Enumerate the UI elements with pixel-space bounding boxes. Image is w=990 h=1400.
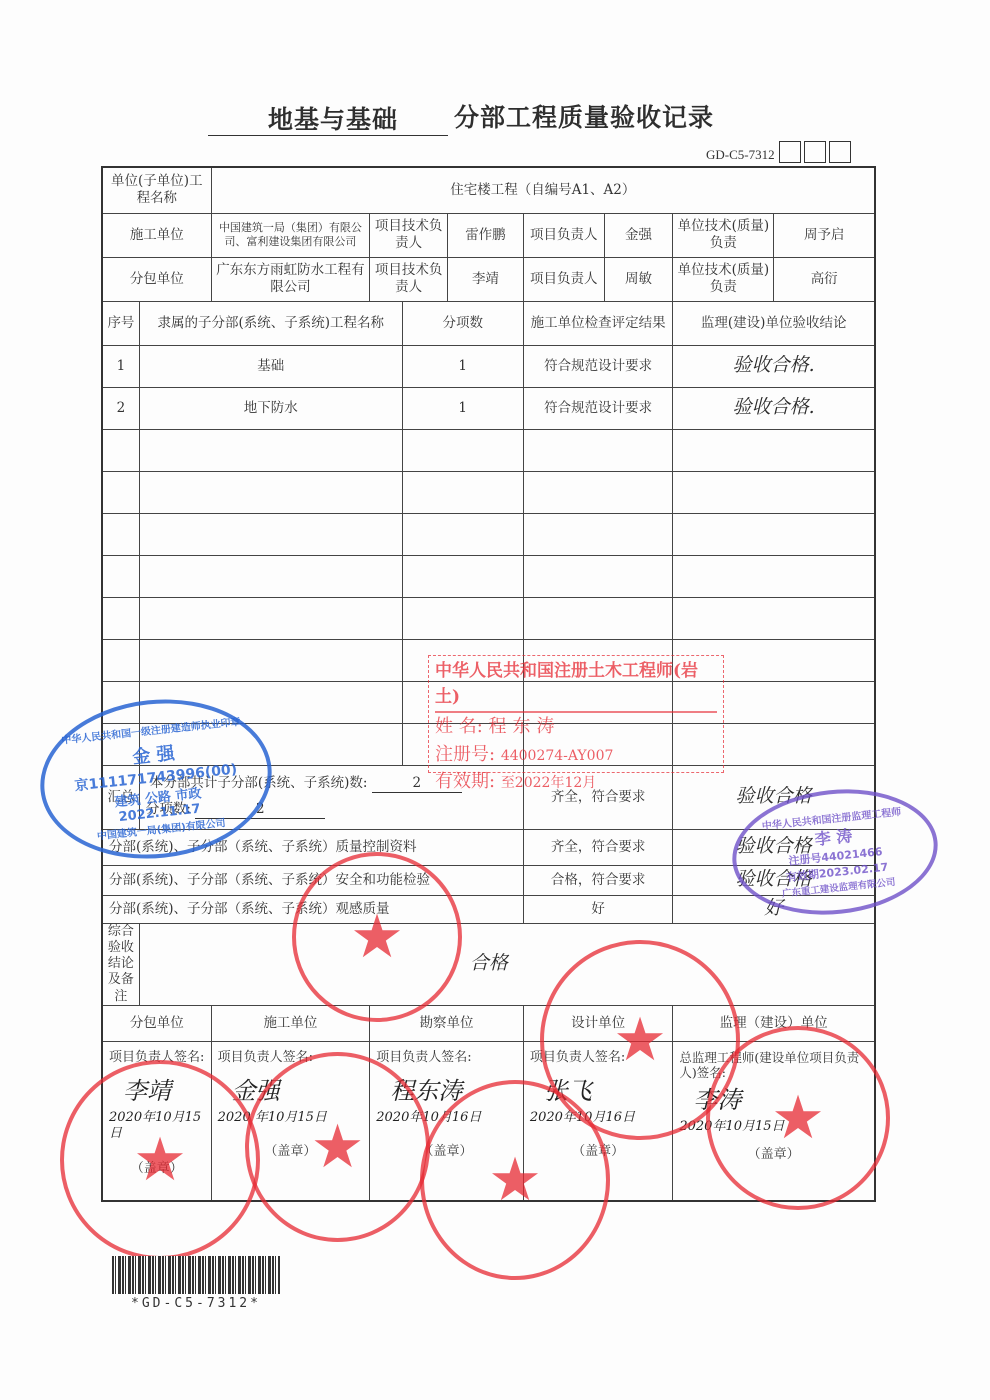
signoff-survey: 项目负责人签名: 程东涛 2020年10月16日 （盖章）	[370, 1041, 524, 1201]
signoff-unit: 勘察单位	[370, 1005, 524, 1041]
subcontractor-quality-lead: 高衍	[774, 257, 875, 301]
empty-row	[102, 723, 875, 765]
project-row: 单位(子单位)工程名称 住宅楼工程（自编号A1、A2）	[102, 167, 875, 213]
contractor-row: 施工单位 中国建筑一局（集团）有限公司、富利建设集团有限公司 项目技术负责人 雷…	[102, 213, 875, 257]
sub-count-value: 2	[372, 775, 462, 793]
sign-label: 项目负责人签名:	[526, 1050, 671, 1066]
contractor-tech-lead-label: 项目技术负责人	[370, 213, 448, 257]
signoff-subcontractor: 项目负责人签名: 李靖 2020年10月15日 （盖章）	[102, 1041, 211, 1201]
empty-row	[102, 429, 875, 471]
sign-date: 2020年10月15日	[105, 1110, 209, 1143]
empty-row	[102, 597, 875, 639]
subcontractor-tech-lead: 李靖	[448, 257, 524, 301]
row-result: 符合规范设计要求	[523, 345, 673, 387]
remarks-label: 综合验收结论及备注	[102, 923, 139, 1005]
barcode	[112, 1256, 280, 1294]
check-result: 齐全，符合要求	[523, 829, 673, 865]
row-name: 基础	[139, 345, 402, 387]
sign-label: 项目负责人签名:	[372, 1050, 521, 1066]
row-conclusion-handwritten: 验收合格.	[673, 387, 875, 429]
check-conclusion-handwritten: 验收合格	[673, 829, 875, 865]
form-code: GD-C5-7312	[706, 139, 851, 163]
remarks-row: 综合验收结论及备注 合格	[102, 923, 875, 1005]
subcontractor-quality-label: 单位技术(质量)负责	[673, 257, 774, 301]
contractor-name: 中国建筑一局（集团）有限公司、富利建设集团有限公司	[211, 213, 370, 257]
table-header-row: 序号 隶属的子分部(系统、子系统)工程名称 分项数 施工单位检查评定结果 监理(…	[102, 301, 875, 345]
seal-label: （盖章）	[526, 1144, 671, 1160]
contractor-tech-lead: 雷作鹏	[448, 213, 524, 257]
signature: 金强	[214, 1076, 368, 1106]
sign-date: 2020 年10月15日	[214, 1110, 368, 1126]
col-count: 分项数	[402, 301, 523, 345]
contractor-quality-lead: 周予启	[774, 213, 875, 257]
contractor-manager-label: 项目负责人	[523, 213, 604, 257]
table-row: 1 基础 1 符合规范设计要求 验收合格.	[102, 345, 875, 387]
check-conclusion-handwritten: 验收合格	[673, 865, 875, 895]
subcontractor-manager: 周敏	[604, 257, 673, 301]
check-result: 好	[523, 895, 673, 923]
check-row: 分部(系统)、子分部（系统、子系统）质量控制资料 齐全，符合要求 验收合格	[102, 829, 875, 865]
row-no: 1	[102, 345, 139, 387]
subcontractor-label: 分包单位	[102, 257, 211, 301]
item-count-value: 2	[195, 801, 325, 819]
signature: 李靖	[105, 1076, 209, 1106]
code-box[interactable]	[804, 141, 826, 163]
form-code-text: GD-C5-7312	[706, 147, 775, 163]
contractor-quality-label: 单位技术(质量)负责	[673, 213, 774, 257]
check-label: 分部(系统)、子分部（系统、子系统）安全和功能检验	[102, 865, 523, 895]
sign-label: 项目负责人签名:	[214, 1050, 368, 1066]
signoff-contractor: 项目负责人签名: 金强 2020 年10月15日 （盖章）	[211, 1041, 370, 1201]
check-result: 合格，符合要求	[523, 865, 673, 895]
signoff-supervision: 总监理工程师(建设单位项目负责人)签名: 李涛 2020年10月15日 （盖章）	[673, 1041, 875, 1201]
sign-date: 2020年10月16日	[526, 1110, 671, 1126]
item-count-label: 分项数:	[146, 801, 191, 817]
row-conclusion-handwritten: 验收合格.	[673, 345, 875, 387]
remarks-content: 合格	[139, 923, 875, 1005]
col-result: 施工单位检查评定结果	[523, 301, 673, 345]
row-count: 1	[402, 345, 523, 387]
sub-count-label: 本分部共计子分部(系统、子系统)数:	[150, 775, 368, 791]
sign-label: 总监理工程师(建设单位项目负责人)签名:	[675, 1050, 872, 1081]
sign-date: 2020年10月16日	[372, 1110, 521, 1126]
signature: 程东涛	[372, 1076, 521, 1106]
summary-label: 汇总	[102, 765, 139, 829]
subcontractor-tech-lead-label: 项目技术负责人	[370, 257, 448, 301]
signoff-unit: 监理（建设）单位	[673, 1005, 875, 1041]
acceptance-form: 单位(子单位)工程名称 住宅楼工程（自编号A1、A2） 施工单位 中国建筑一局（…	[101, 166, 876, 1202]
col-no: 序号	[102, 301, 139, 345]
code-box[interactable]	[779, 141, 801, 163]
subcontractor-name: 广东东方雨虹防水工程有限公司	[211, 257, 370, 301]
seal-label: （盖章）	[372, 1144, 521, 1160]
seal-label: （盖章）	[105, 1161, 209, 1177]
check-conclusion-handwritten: 好	[673, 895, 875, 923]
empty-row	[102, 513, 875, 555]
row-no: 2	[102, 387, 139, 429]
signoff-design: 项目负责人签名: 张飞 2020年10月16日 （盖章）	[523, 1041, 673, 1201]
barcode-text: *GD-C5-7312*	[112, 1296, 280, 1311]
summary-counts: 本分部共计子分部(系统、子系统)数: 2 分项数: 2	[139, 765, 523, 829]
title-text: 分部工程质量验收记录	[454, 98, 714, 134]
signoff-row: 项目负责人签名: 李靖 2020年10月15日 （盖章） 项目负责人签名: 金强…	[102, 1041, 875, 1201]
division-name: 地基与基础	[208, 100, 448, 136]
check-label: 分部(系统)、子分部（系统、子系统）质量控制资料	[102, 829, 523, 865]
sign-label: 项目负责人签名:	[105, 1050, 209, 1066]
subcontractor-row: 分包单位 广东东方雨虹防水工程有限公司 项目技术负责人 李靖 项目负责人 周敏 …	[102, 257, 875, 301]
remarks-signature: 合格	[470, 952, 508, 974]
contractor-manager: 金强	[604, 213, 673, 257]
sign-date: 2020年10月15日	[675, 1119, 872, 1135]
col-conclusion: 监理(建设)单位验收结论	[673, 301, 875, 345]
project-label: 单位(子单位)工程名称	[102, 167, 211, 213]
signoff-unit: 施工单位	[211, 1005, 370, 1041]
seal-label: （盖章）	[214, 1144, 368, 1160]
empty-row	[102, 639, 875, 681]
project-value: 住宅楼工程（自编号A1、A2）	[211, 167, 875, 213]
signature: 李涛	[675, 1085, 872, 1115]
row-name: 地下防水	[139, 387, 402, 429]
summary-conclusion-handwritten: 验收合格	[673, 765, 875, 829]
signoff-header-row: 分包单位 施工单位 勘察单位 设计单位 监理（建设）单位	[102, 1005, 875, 1041]
contractor-label: 施工单位	[102, 213, 211, 257]
check-label: 分部(系统)、子分部（系统、子系统）观感质量	[102, 895, 523, 923]
empty-row	[102, 471, 875, 513]
summary-row: 汇总 本分部共计子分部(系统、子系统)数: 2 分项数: 2 齐全，符合要求 验…	[102, 765, 875, 829]
check-row: 分部(系统)、子分部（系统、子系统）观感质量 好 好	[102, 895, 875, 923]
table-row: 2 地下防水 1 符合规范设计要求 验收合格.	[102, 387, 875, 429]
signoff-unit: 分包单位	[102, 1005, 211, 1041]
row-count: 1	[402, 387, 523, 429]
empty-row	[102, 555, 875, 597]
row-result: 符合规范设计要求	[523, 387, 673, 429]
summary-result: 齐全，符合要求	[523, 765, 673, 829]
check-row: 分部(系统)、子分部（系统、子系统）安全和功能检验 合格，符合要求 验收合格	[102, 865, 875, 895]
empty-row	[102, 681, 875, 723]
code-box[interactable]	[829, 141, 851, 163]
subcontractor-manager-label: 项目负责人	[523, 257, 604, 301]
signoff-unit: 设计单位	[523, 1005, 673, 1041]
signature: 张飞	[526, 1076, 671, 1106]
document-title: 地基与基础 分部工程质量验收记录	[208, 100, 768, 140]
col-name: 隶属的子分部(系统、子系统)工程名称	[139, 301, 402, 345]
seal-label: （盖章）	[675, 1147, 872, 1163]
remarks-label-text: 综合验收结论及备注	[108, 924, 134, 1004]
